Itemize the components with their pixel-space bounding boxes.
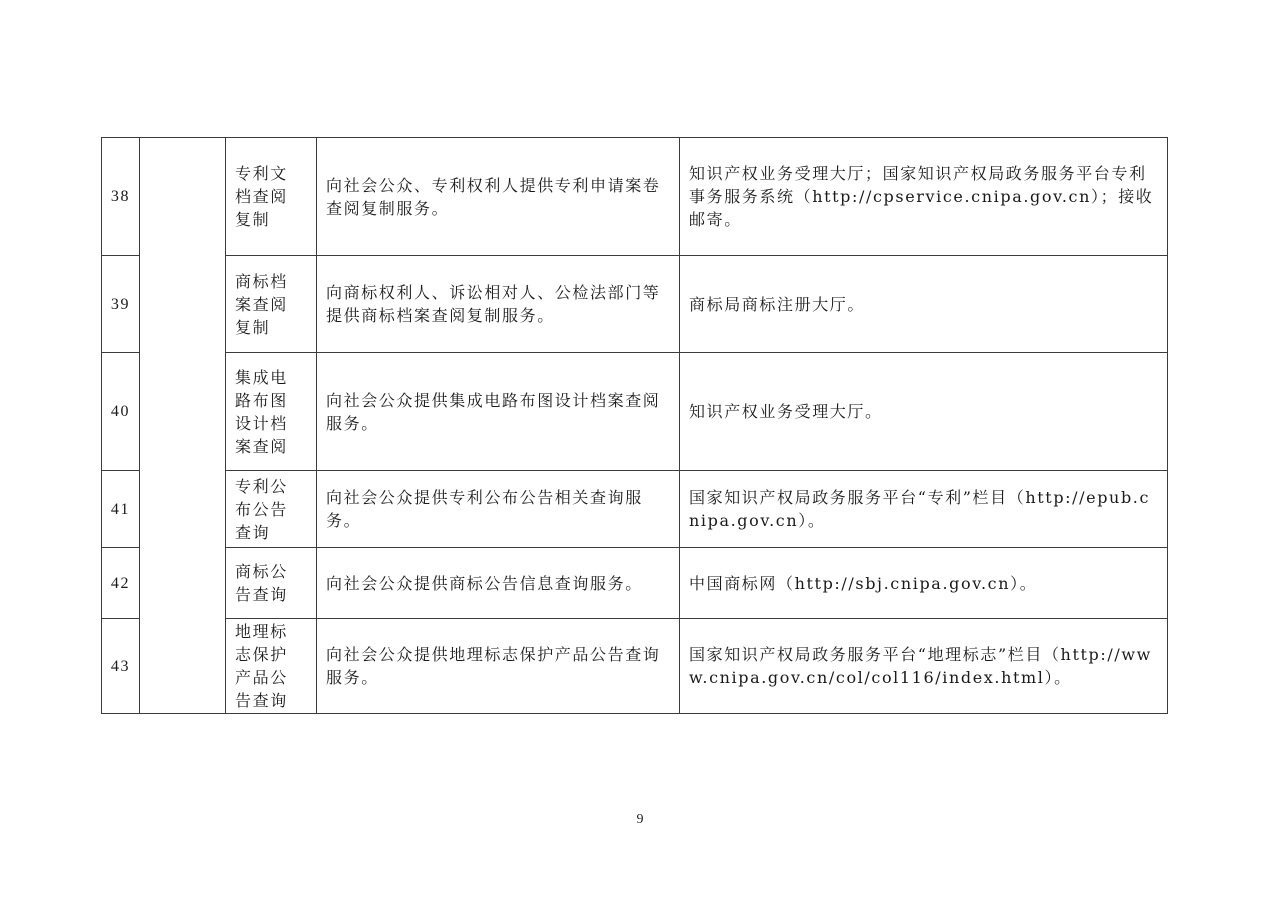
- service-description-text: 向社会公众提供集成电路布图设计档案查阅服务。: [326, 389, 673, 435]
- service-description-text: 向社会公众提供专利公布公告相关查询服务。: [326, 486, 673, 532]
- service-description: 向社会公众提供地理标志保护产品公告查询服务。: [317, 619, 680, 714]
- row-number: 40: [102, 353, 140, 471]
- row-number: 39: [102, 256, 140, 353]
- table-row: 42 商标公告查询 向社会公众提供商标公告信息查询服务。 中国商标网（http:…: [102, 548, 1168, 619]
- row-number: 38: [102, 138, 140, 256]
- service-name: 集成电路布图设计档案查阅: [226, 353, 317, 471]
- document-page: 38 专利文档查阅复制 向社会公众、专利权利人提供专利申请案卷查阅复制服务。 知…: [0, 0, 1280, 905]
- service-description: 向社会公众提供商标公告信息查询服务。: [317, 548, 680, 619]
- table-row: 39 商标档案查阅复制 向商标权利人、诉讼相对人、公检法部门等提供商标档案查阅复…: [102, 256, 1168, 353]
- service-channel: 知识产权业务受理大厅。: [680, 353, 1168, 471]
- service-name: 商标档案查阅复制: [226, 256, 317, 353]
- service-name-text: 专利公布公告查询: [235, 475, 301, 544]
- category-merged-cell: [140, 138, 226, 714]
- service-name-text: 地理标志保护产品公告查询: [235, 620, 301, 712]
- service-channel-text: 商标局商标注册大厅。: [689, 293, 1159, 316]
- service-name-text: 集成电路布图设计档案查阅: [235, 366, 301, 458]
- page-number: 9: [0, 812, 1280, 828]
- service-channel: 知识产权业务受理大厅；国家知识产权局政务服务平台专利事务服务系统（http://…: [680, 138, 1168, 256]
- service-name: 专利文档查阅复制: [226, 138, 317, 256]
- service-name: 地理标志保护产品公告查询: [226, 619, 317, 714]
- service-channel: 国家知识产权局政务服务平台“专利”栏目（http://epub.cnipa.go…: [680, 471, 1168, 548]
- service-channel-text: 知识产权业务受理大厅；国家知识产权局政务服务平台专利事务服务系统（http://…: [689, 162, 1159, 231]
- service-channel-text: 国家知识产权局政务服务平台“专利”栏目（http://epub.cnipa.go…: [689, 486, 1159, 532]
- table-row: 38 专利文档查阅复制 向社会公众、专利权利人提供专利申请案卷查阅复制服务。 知…: [102, 138, 1168, 256]
- service-description-text: 向社会公众提供地理标志保护产品公告查询服务。: [326, 643, 673, 689]
- service-channel: 商标局商标注册大厅。: [680, 256, 1168, 353]
- service-name-text: 商标档案查阅复制: [235, 270, 301, 339]
- service-channel: 国家知识产权局政务服务平台“地理标志”栏目（http://www.cnipa.g…: [680, 619, 1168, 714]
- service-name-text: 专利文档查阅复制: [235, 162, 301, 231]
- service-name: 商标公告查询: [226, 548, 317, 619]
- service-description-text: 向社会公众、专利权利人提供专利申请案卷查阅复制服务。: [326, 174, 673, 220]
- service-description: 向社会公众提供集成电路布图设计档案查阅服务。: [317, 353, 680, 471]
- service-description-text: 向商标权利人、诉讼相对人、公检法部门等提供商标档案查阅复制服务。: [326, 281, 673, 327]
- table-row: 41 专利公布公告查询 向社会公众提供专利公布公告相关查询服务。 国家知识产权局…: [102, 471, 1168, 548]
- services-table: 38 专利文档查阅复制 向社会公众、专利权利人提供专利申请案卷查阅复制服务。 知…: [101, 137, 1168, 714]
- service-channel-text: 国家知识产权局政务服务平台“地理标志”栏目（http://www.cnipa.g…: [689, 643, 1159, 689]
- service-channel-text: 中国商标网（http://sbj.cnipa.gov.cn）。: [689, 572, 1159, 595]
- service-description-text: 向社会公众提供商标公告信息查询服务。: [326, 572, 673, 595]
- row-number: 42: [102, 548, 140, 619]
- service-channel: 中国商标网（http://sbj.cnipa.gov.cn）。: [680, 548, 1168, 619]
- service-description: 向社会公众提供专利公布公告相关查询服务。: [317, 471, 680, 548]
- table-row: 43 地理标志保护产品公告查询 向社会公众提供地理标志保护产品公告查询服务。 国…: [102, 619, 1168, 714]
- service-description: 向商标权利人、诉讼相对人、公检法部门等提供商标档案查阅复制服务。: [317, 256, 680, 353]
- table-row: 40 集成电路布图设计档案查阅 向社会公众提供集成电路布图设计档案查阅服务。 知…: [102, 353, 1168, 471]
- service-name: 专利公布公告查询: [226, 471, 317, 548]
- service-description: 向社会公众、专利权利人提供专利申请案卷查阅复制服务。: [317, 138, 680, 256]
- row-number: 41: [102, 471, 140, 548]
- service-name-text: 商标公告查询: [235, 560, 301, 606]
- service-channel-text: 知识产权业务受理大厅。: [689, 400, 1159, 423]
- row-number: 43: [102, 619, 140, 714]
